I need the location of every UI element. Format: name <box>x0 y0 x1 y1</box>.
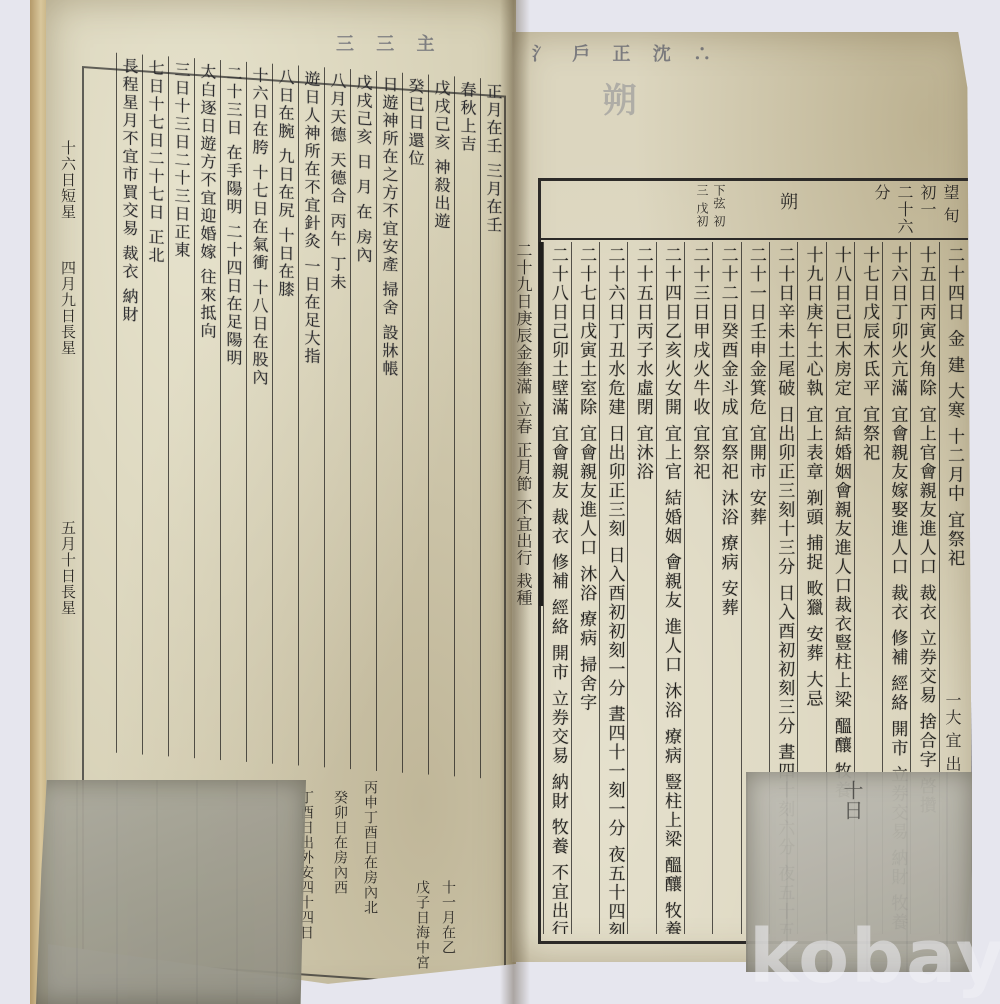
day-column: 二十四日乙亥火女開 宜上官 結婚姻 會親友 進人口 沐浴 療病 豎柱上梁 醞釀 … <box>656 242 684 934</box>
full-moon-heading: 望 旬初一 二十六分 <box>870 184 962 238</box>
day-column: 二十二日癸酉金斗成 宜祭祀 沐浴 療病 安葬 <box>712 242 740 934</box>
left-margin-text: 四月九日長星 <box>58 260 79 356</box>
kobay-watermark: kobay <box>749 914 1000 1000</box>
left-column: 癸巳日還位 <box>402 73 428 775</box>
left-column: 長程星月不宜市買交易 裁衣 納財 <box>116 53 142 755</box>
left-column: 三日十三日二十三日正東 <box>168 56 194 758</box>
left-bottom-text: 戊子日海中宮 <box>412 880 432 970</box>
day-column: 二十八日己卯土壁滿 宜會親友 裁衣 修補 經絡 開市 立券交易 納財 牧養 不宜… <box>543 242 571 934</box>
right-page-header-band: 望 旬初一 二十六分 下弦 初三 戊初 朔 <box>538 178 968 240</box>
book-gutter-shadow <box>500 0 530 1004</box>
paper-repair-patch-left <box>36 780 306 1004</box>
right-margin-text: 一大 宜 出 <box>941 692 964 772</box>
left-column: 太白逐日遊方不宜迎婚嫁 往來抵向 <box>194 58 220 760</box>
left-column: 春秋上吉 <box>454 76 480 778</box>
patch-ink-mark: 十日 <box>838 780 867 820</box>
day-column: 二十六日丁丑水危建 日出卯正三刻 日入酉初初刻一分 晝四十一刻一分 夜五十四刻十… <box>599 242 627 934</box>
left-page-top-bleed-text: 三 三 主 <box>336 30 443 56</box>
last-quarter-heading: 下弦 初三 戊初 <box>694 184 728 238</box>
left-bottom-text: 癸卯日在房內西 <box>330 790 350 895</box>
left-column: 二十三日 在手陽明 二十四日在足陽明 <box>220 60 246 762</box>
left-column: 戊戌己亥 神殺出遊 <box>428 75 454 777</box>
left-margin-text: 十六日短星 <box>58 140 79 220</box>
left-bottom-text: 丙申丁酉日在房內北 <box>360 780 380 915</box>
left-column: 日遊神所在之方不宜安產 掃舍 設牀帳 <box>376 71 402 773</box>
left-column: 十六日在胯 十七日在氣衝 十八日在股內 <box>246 62 272 764</box>
photo-scene: 三 三 主 正月在壬 三月在壬 春秋上吉 戊戌己亥 神殺出遊 癸巳日還位 日遊神… <box>0 0 1000 1004</box>
new-moon-heading: 朔 <box>774 192 800 211</box>
left-column: 八月天德 天德合 丙午 丁未 <box>324 67 350 769</box>
show-through-text: 朔 <box>592 82 641 134</box>
left-bottom-text: 十一月在乙 <box>438 880 458 955</box>
day-column: 二十三日甲戌火牛收 宜祭祀 <box>684 242 712 934</box>
day-column: 二十五日丙子水虛閉 宜沐浴 <box>627 242 655 934</box>
left-column: 七日十七日二十七日 正北 <box>142 55 168 757</box>
left-column: 遊日人神所在不宜針灸 一日在足大指 <box>298 65 324 767</box>
left-column: 八日在腕 九日在尻 十日在膝 <box>272 64 298 766</box>
day-column: 二十七日戊寅土室除 宜會親友進人口 沐浴 療病 掃舍字 <box>571 242 599 934</box>
left-column: 戊戌己亥 日 月 在 房內 <box>350 69 376 771</box>
left-margin-text: 五月十日長星 <box>58 520 79 616</box>
right-page-top-bleed-text: 氵 戶 正 沈 ∴ <box>532 40 719 66</box>
